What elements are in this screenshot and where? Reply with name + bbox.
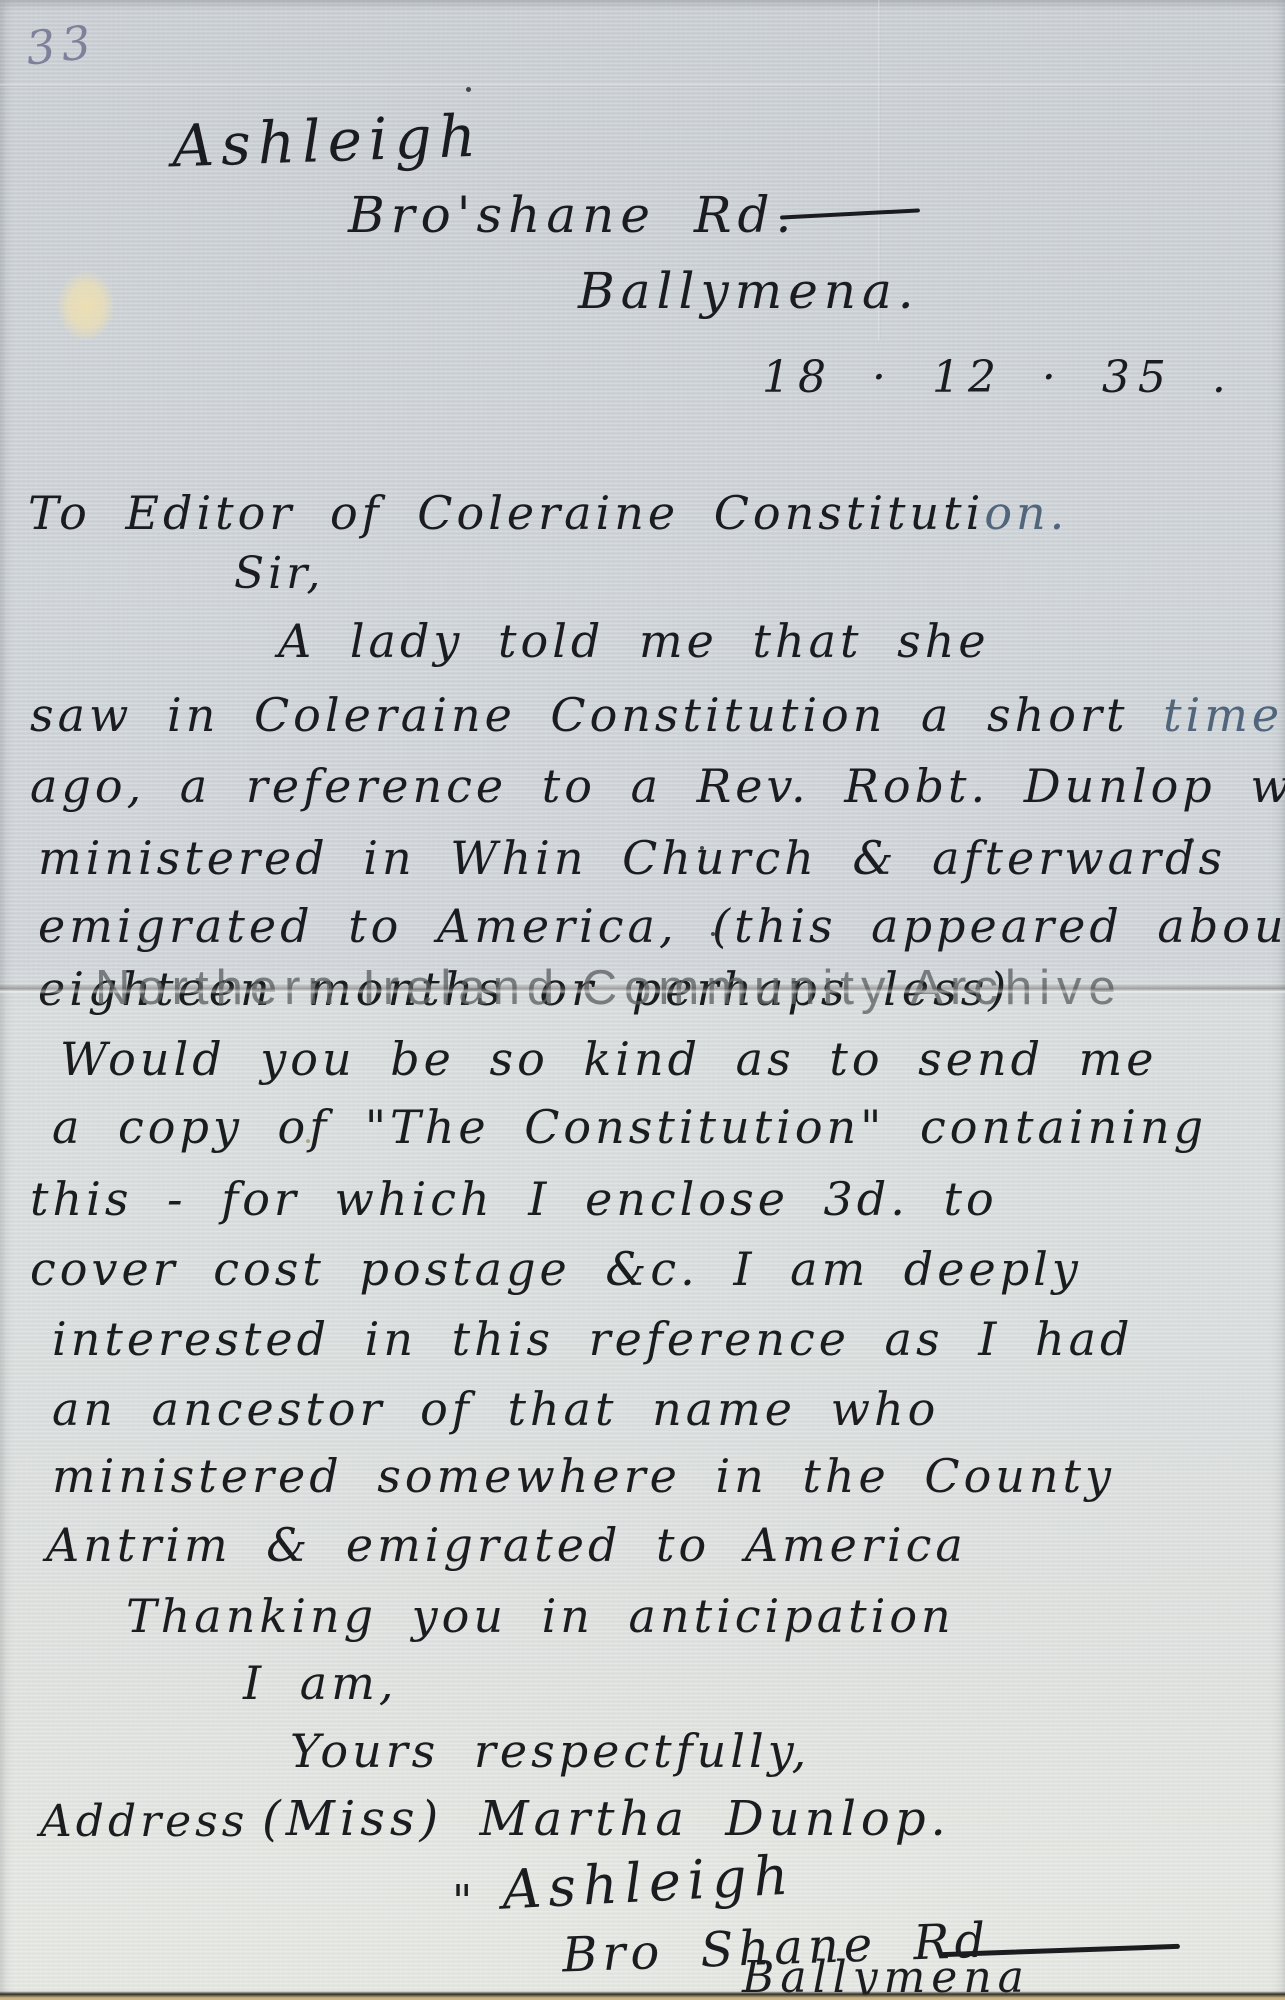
body-text: ministered in Whin Church & afterwards [38,831,1226,885]
body-line: a copy of "The Constitution" containing [52,1104,1207,1150]
body-text: saw in Coleraine Constitution a short [30,688,1163,742]
body-text: cover cost postage &c. I am deeply [30,1242,1082,1296]
closing-i-am: I am, [243,1660,397,1706]
closing-thanks: Thanking you in anticipation [126,1593,955,1639]
salutation-to-editor: To Editor of Coleraine Constitution. [28,490,1068,536]
body-line: emigrated to America, (this appeared abo… [38,903,1285,949]
body-line: ministered somewhere in the County [52,1453,1115,1499]
signature-name: (Miss) Martha Dunlop. [262,1795,951,1843]
paper-speck [466,87,471,92]
body-text: Would you be so kind as to send me [60,1032,1158,1086]
header-house-name: Ashleigh [171,107,484,176]
body-line: cover cost postage &c. I am deeply [30,1246,1082,1292]
paper-stain [58,272,114,340]
body-line: saw in Coleraine Constitution a short ti… [30,692,1283,738]
letter-date: 18 · 12 · 35 . [762,356,1234,400]
letter-scan-page: 33 Ashleigh Bro'shane Rd. Ballymena. 18 … [0,0,1285,2000]
body-line: this - for which I enclose 3d. to [30,1176,998,1222]
salutation-sir: Sir, [234,552,324,596]
body-line: ago, a reference to a Rev. Robt. Dunlop … [30,763,1285,809]
closing-yours: Yours respectfully, [290,1728,810,1774]
signature-ditto-mark: " [452,1880,476,1924]
body-line: Antrim & emigrated to America [46,1522,967,1568]
body-line: interested in this reference as I had [52,1316,1134,1362]
body-text: ago, a reference to a Rev. Robt. Dunlop … [30,759,1285,813]
body-text: interested in this reference as I had [52,1312,1134,1366]
body-text-blue: time [1163,688,1283,742]
header-town: Ballymena. [578,266,920,316]
fold-crease-main [0,984,1285,994]
signature-address-label: Address [40,1800,248,1844]
body-text: this - for which I enclose 3d. to [30,1172,998,1226]
pen-flourish [780,208,920,219]
body-line: ministered in Whin Church & afterwards [38,835,1226,881]
body-line: A lady told me that she [278,618,990,664]
body-text: Antrim & emigrated to America [46,1518,967,1572]
body-text: A lady told me that she [278,614,990,668]
fold-crease-top [0,84,1285,87]
body-text: an ancestor of that name who [52,1382,939,1436]
archive-number: 33 [23,14,99,75]
scan-bottom-edge [0,1991,1285,2000]
signature-house: Ashleigh [501,1848,797,1917]
body-text: a copy of "The Constitution" containing [52,1100,1207,1154]
salutation-main: To Editor of Coleraine Constituti [28,486,984,540]
body-line: an ancestor of that name who [52,1386,939,1432]
header-road: Bro'shane Rd. [348,190,797,240]
body-text: ministered somewhere in the County [52,1449,1115,1503]
body-text: emigrated to America, (this appeared abo… [38,899,1285,953]
salutation-blue-correction: on. [984,486,1068,540]
body-line: Would you be so kind as to send me [60,1036,1158,1082]
